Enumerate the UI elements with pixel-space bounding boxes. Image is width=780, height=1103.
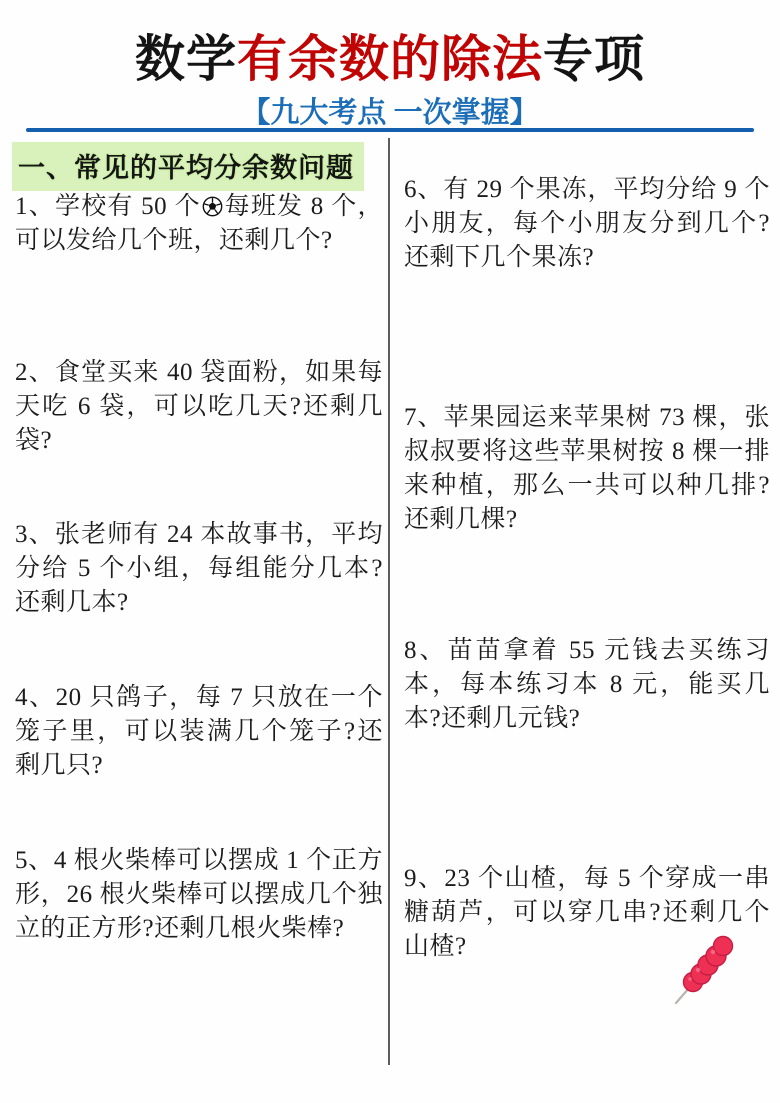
- section-heading: 一、常见的平均分余数问题: [12, 142, 364, 191]
- problem-6: 6、有 29 个果冻，平均分给 9 个小朋友，每个小朋友分到几个?还剩下几个果冻…: [404, 173, 770, 275]
- soccer-ball-icon: [202, 193, 223, 214]
- title-suffix: 专项: [543, 31, 645, 87]
- problem-1-text-before: 1、学校有 50 个: [15, 193, 201, 220]
- problem-1: 1、学校有 50 个 每班发 8 个，可以发给几个班，还剩几个?: [15, 190, 383, 258]
- problem-3: 3、张老师有 24 本故事书，平均分给 5 个小组，每组能分几本?还剩几本?: [15, 518, 383, 620]
- worksheet-page: 数学有余数的除法专项 【九大考点 一次掌握】 一、常见的平均分余数问题 1、学校…: [0, 0, 780, 1103]
- title-prefix: 数学: [135, 31, 237, 87]
- problem-5: 5、4 根火柴棒可以摆成 1 个正方形，26 根火柴棒可以摆成几个独立的正方形?…: [15, 844, 383, 946]
- problem-7: 7、苹果园运来苹果树 73 棵，张叔叔要将这些苹果树按 8 棵一排来种植，那么一…: [404, 401, 770, 537]
- problem-8: 8、苗苗拿着 55 元钱去买练习本，每本练习本 8 元，能买几本?还剩几元钱?: [404, 634, 770, 736]
- problem-2: 2、食堂买来 40 袋面粉，如果每天吃 6 袋，可以吃几天?还剩几袋?: [15, 356, 383, 458]
- candied-hawthorn-skewer-icon: [668, 928, 740, 1006]
- column-divider: [388, 138, 390, 1065]
- problem-4: 4、20 只鸽子，每 7 只放在一个笼子里，可以装满几个笼子?还剩几只?: [15, 681, 383, 783]
- page-subtitle: 【九大考点 一次掌握】: [0, 90, 780, 131]
- horizontal-rule: [26, 128, 754, 132]
- title-highlight: 有余数的除法: [237, 31, 543, 87]
- page-title: 数学有余数的除法专项: [0, 28, 780, 90]
